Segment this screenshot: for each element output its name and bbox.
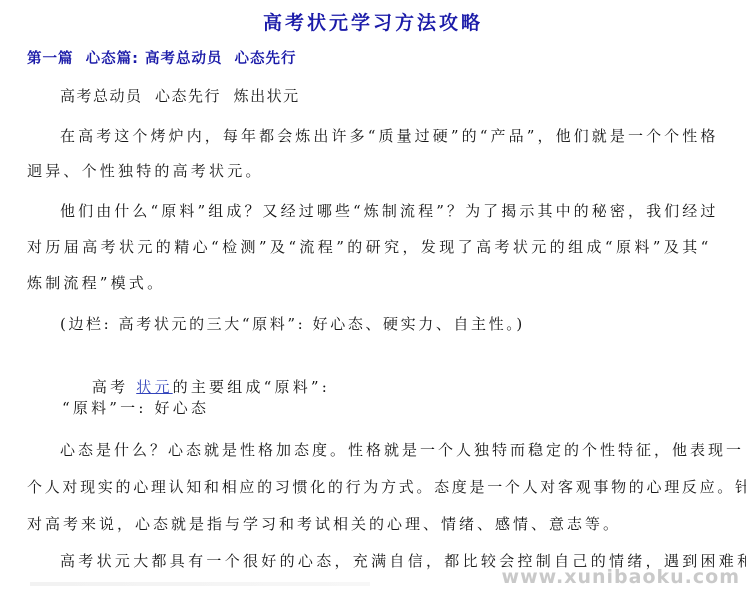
paragraph-1-line-2: 迥异、个性独特的高考状元。 — [27, 161, 264, 181]
subheading: 高考总动员 心态先行 炼出状元 — [60, 86, 300, 106]
zhuangyuan-link[interactable]: 状元 — [136, 378, 172, 396]
paragraph-1-line-1: 在高考这个烤炉内，每年都会炼出许多“质量过硬”的“产品”，他们就是一个个性格 — [60, 126, 718, 146]
document-page: 高考状元学习方法攻略 第一篇 心态篇: 高考总动员 心态先行 高考总动员 心态先… — [0, 0, 746, 589]
ingredient-one-heading: “原料”一: 好心态 — [62, 398, 209, 418]
document-title: 高考状元学习方法攻略 — [0, 8, 746, 35]
paragraph-3-line-2: 个人对现实的心理认知和相应的习惯化的行为方式。态度是一个人对客观事物的心理反应。… — [27, 477, 746, 497]
watermark: www.xunibaoku.com — [502, 566, 740, 588]
section-heading: 第一篇 心态篇: 高考总动员 心态先行 — [27, 47, 297, 68]
paragraph-3-line-1: 心态是什么？心态就是性格加态度。性格就是一个人独特而稳定的个性特征，他表现一 — [60, 440, 744, 460]
sidebar-note: (边栏: 高考状元的三大“原料”: 好心态、硬实力、自主性。) — [60, 314, 525, 334]
paragraph-2-line-3: 炼制流程”模式。 — [27, 273, 165, 293]
paragraph-3-line-3: 对高考来说，心态就是指与学习和考试相关的心理、情绪、感情、意志等。 — [27, 514, 621, 534]
cut-off-text-line — [30, 582, 370, 586]
ingredients-intro-prefix: 高考 — [92, 378, 136, 396]
paragraph-2-line-1: 他们由什么“原料”组成？又经过哪些“炼制流程”？为了揭示其中的秘密，我们经过 — [60, 201, 718, 221]
paragraph-2-line-2: 对历届高考状元的精心“检测”及“流程”的研究，发现了高考状元的组成“原料”及其“ — [27, 237, 712, 257]
ingredients-intro-suffix: 的主要组成“原料”: — [173, 378, 330, 396]
